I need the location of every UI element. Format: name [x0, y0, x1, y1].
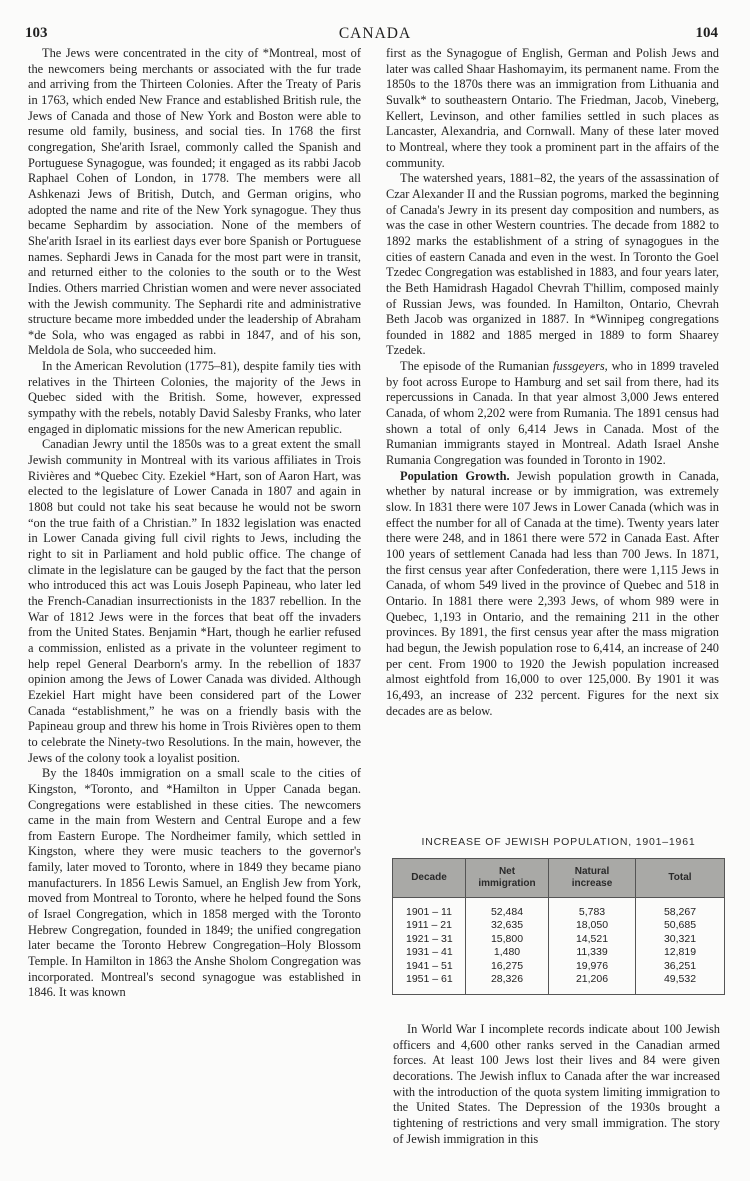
- cell-natural: 5,783: [549, 898, 636, 920]
- cell-net: 52,484: [466, 898, 549, 920]
- cell-natural: 14,521: [549, 933, 636, 946]
- header-total: Total: [636, 859, 725, 898]
- running-head: CANADA: [0, 25, 750, 43]
- cell-natural: 21,206: [549, 973, 636, 995]
- cell-total: 58,267: [636, 898, 725, 920]
- cell-total: 50,685: [636, 919, 725, 932]
- cell-natural: 11,339: [549, 946, 636, 959]
- paragraph-watershed-years: The watershed years, 1881–82, the years …: [386, 171, 719, 359]
- section-heading-population-growth: Population Growth.: [400, 469, 510, 483]
- header-net-immigration: Netimmigration: [466, 859, 549, 898]
- header-natural-line1: Natural: [575, 866, 609, 877]
- table-row: 1911 – 21 32,635 18,050 50,685: [393, 919, 725, 932]
- table-header-row: Decade Netimmigration Naturalincrease To…: [393, 859, 725, 898]
- cell-total: 12,819: [636, 946, 725, 959]
- paragraph-world-war-one: In World War I incomplete records indica…: [393, 1022, 720, 1147]
- table-row: 1941 – 51 16,275 19,976 36,251: [393, 960, 725, 973]
- header-net-line1: Net: [499, 866, 515, 877]
- table-row: 1931 – 41 1,480 11,339 12,819: [393, 946, 725, 959]
- cell-net: 1,480: [466, 946, 549, 959]
- episode-text-before: The episode of the Rumanian: [400, 359, 553, 373]
- table-row: 1901 – 11 52,484 5,783 58,267: [393, 898, 725, 920]
- episode-text-after: who in 1899 traveled by foot across Euro…: [386, 359, 719, 467]
- population-table: Decade Netimmigration Naturalincrease To…: [392, 858, 725, 995]
- cell-total: 49,532: [636, 973, 725, 995]
- cell-decade: 1931 – 41: [393, 946, 466, 959]
- cell-decade: 1921 – 31: [393, 933, 466, 946]
- paragraph-canadian-jewry-1850s: Canadian Jewry until the 1850s was to a …: [28, 437, 361, 766]
- cell-decade: 1951 – 61: [393, 973, 466, 995]
- page-number-right: 104: [696, 25, 719, 42]
- cell-net: 16,275: [466, 960, 549, 973]
- paragraph-rumanian-episode: The episode of the Rumanian fussgeyers, …: [386, 359, 719, 469]
- cell-decade: 1901 – 11: [393, 898, 466, 920]
- right-column-after-table: In World War I incomplete records indica…: [393, 1022, 720, 1147]
- cell-natural: 19,976: [549, 960, 636, 973]
- header-decade: Decade: [393, 859, 466, 898]
- cell-net: 15,800: [466, 933, 549, 946]
- table-title: INCREASE OF JEWISH POPULATION, 1901–1961: [392, 836, 725, 848]
- paragraph-1840s-immigration: By the 1840s immigration on a small scal…: [28, 766, 361, 1001]
- population-table-block: INCREASE OF JEWISH POPULATION, 1901–1961…: [392, 836, 725, 995]
- cell-net: 28,326: [466, 973, 549, 995]
- cell-decade: 1911 – 21: [393, 919, 466, 932]
- header-natural-line2: increase: [572, 878, 613, 889]
- header-natural-increase: Naturalincrease: [549, 859, 636, 898]
- paragraph-continuation: first as the Synagogue of English, Germa…: [386, 46, 719, 171]
- population-growth-text: Jewish population growth in Canada, whet…: [386, 469, 719, 718]
- cell-decade: 1941 – 51: [393, 960, 466, 973]
- header-net-line2: immigration: [478, 878, 535, 889]
- paragraph-early-settlement: The Jews were concentrated in the city o…: [28, 46, 361, 359]
- table-row: 1951 – 61 28,326 21,206 49,532: [393, 973, 725, 995]
- paragraph-population-growth: Population Growth. Jewish population gro…: [386, 469, 719, 720]
- table-row: 1921 – 31 15,800 14,521 30,321: [393, 933, 725, 946]
- cell-total: 30,321: [636, 933, 725, 946]
- cell-net: 32,635: [466, 919, 549, 932]
- cell-total: 36,251: [636, 960, 725, 973]
- cell-natural: 18,050: [549, 919, 636, 932]
- left-column: The Jews were concentrated in the city o…: [28, 46, 361, 1001]
- episode-italic-term: fussgeyers,: [553, 359, 608, 373]
- paragraph-american-revolution: In the American Revolution (1775–81), de…: [28, 359, 361, 437]
- right-column: first as the Synagogue of English, Germa…: [386, 46, 719, 719]
- page-header: 103 CANADA 104: [0, 25, 750, 45]
